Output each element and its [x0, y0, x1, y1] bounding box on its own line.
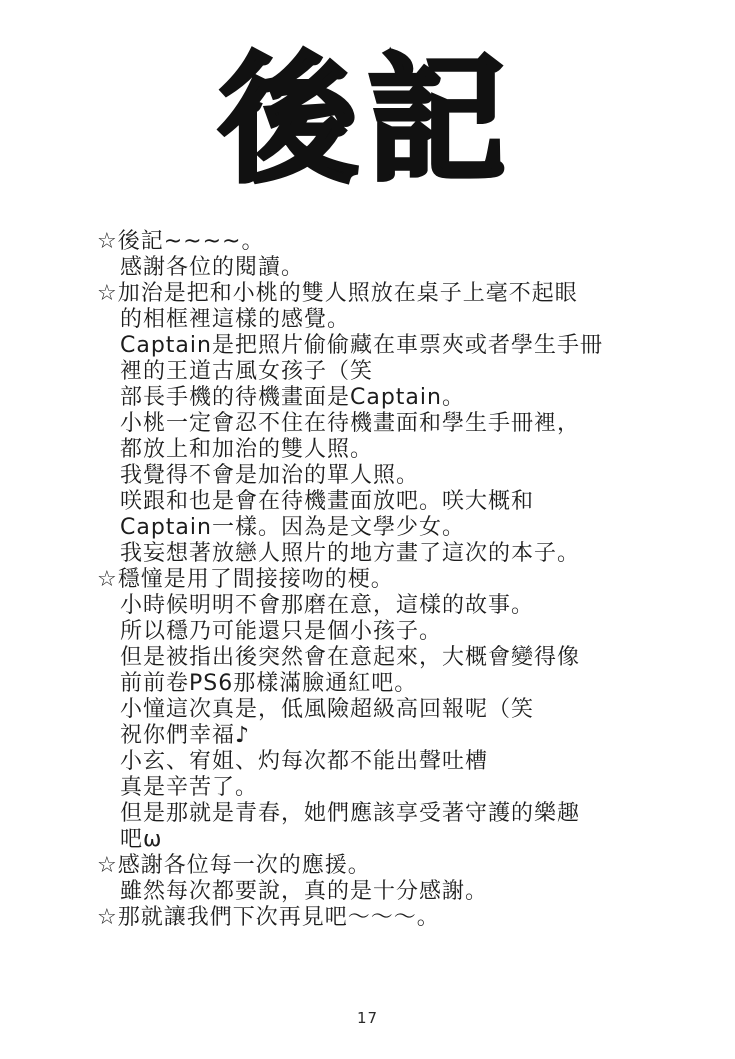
text-line: ☆穩憧是用了間接接吻的梗。 [97, 567, 657, 593]
text-line: 但是那就是青春，她們應該享受著守護的樂趣 [97, 801, 657, 827]
text-line: 吧ω [97, 827, 657, 853]
text-line: 感謝各位的閱讀。 [97, 255, 657, 281]
text-line: Captain是把照片偷偷藏在車票夾或者學生手冊 [97, 333, 657, 359]
text-line: 都放上和加治的雙人照。 [97, 437, 657, 463]
text-line: ☆後記~~~~。 [97, 229, 657, 255]
text-line: 所以穩乃可能還只是個小孩子。 [97, 619, 657, 645]
page-number: 17 [0, 1008, 735, 1028]
page-title: 後記 [0, 42, 735, 200]
text-line: ☆感謝各位每一次的應援。 [97, 853, 657, 879]
text-line: 小憧這次真是，低風險超級高回報呢（笑 [97, 697, 657, 723]
text-line: 裡的王道古風女孩子（笑 [97, 359, 657, 385]
text-line: ☆加治是把和小桃的雙人照放在桌子上毫不起眼 [97, 281, 657, 307]
text-line: 小玄、宥姐、灼每次都不能出聲吐槽 [97, 749, 657, 775]
text-line: 咲跟和也是會在待機畫面放吧。咲大概和 [97, 489, 657, 515]
text-line: 真是辛苦了。 [97, 775, 657, 801]
text-line: 小時候明明不會那磨在意，這樣的故事。 [97, 593, 657, 619]
text-line: 祝你們幸福♪ [97, 723, 657, 749]
doujin-afterword-page: 後記 ☆後記~~~~。 感謝各位的閱讀。 ☆加治是把和小桃的雙人照放在桌子上毫不… [0, 0, 735, 1059]
text-line: 我妄想著放戀人照片的地方畫了這次的本子。 [97, 541, 657, 567]
text-line: 我覺得不會是加治的單人照。 [97, 463, 657, 489]
text-line: 前前卷PS6那樣滿臉通紅吧。 [97, 671, 657, 697]
text-line: ☆那就讓我們下次再見吧～～～。 [97, 905, 657, 931]
text-line: 但是被指出後突然會在意起來，大概會變得像 [97, 645, 657, 671]
text-line: 小桃一定會忍不住在待機畫面和學生手冊裡， [97, 411, 657, 437]
text-line: 雖然每次都要說，真的是十分感謝。 [97, 879, 657, 905]
text-line: 的相框裡這樣的感覺。 [97, 307, 657, 333]
text-line: Captain一樣。因為是文學少女。 [97, 515, 657, 541]
afterword-text-block: ☆後記~~~~。 感謝各位的閱讀。 ☆加治是把和小桃的雙人照放在桌子上毫不起眼 … [97, 229, 657, 931]
text-line: 部長手機的待機畫面是Captain。 [97, 385, 657, 411]
